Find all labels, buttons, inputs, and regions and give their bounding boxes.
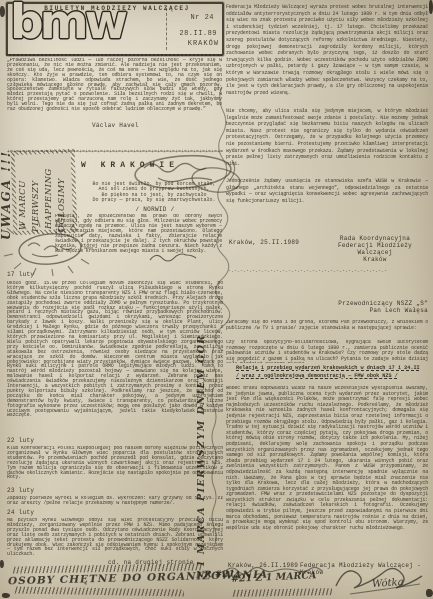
paper-speck: [2, 593, 10, 598]
paper-speck: [0, 6, 5, 17]
issue-number: Nr 24: [190, 14, 214, 22]
poem-line: Do pracy — praca, by się zmartwychwstało…: [86, 198, 222, 203]
margin-scrawl-right-column: [217, 85, 227, 360]
signoff-line: Federacji Młodzieży Walczącej: [322, 242, 428, 256]
hand-hatch-row: [14, 587, 184, 597]
margin-note-1: W MARCU: [18, 154, 28, 230]
date-heading-23: 23 luty: [7, 487, 34, 494]
letter-intro: Zwracamy się do Pana i do grona, któremu…: [226, 320, 428, 338]
paper-speck: [0, 560, 4, 568]
report-22-feb: Klub Konfederacji Polski Niepodległej po…: [7, 446, 223, 481]
margin-note-3: HAPPENING: [44, 153, 54, 229]
report-24-feb: Na płytach Rynku Głównego odbył się wiec…: [7, 518, 223, 560]
date-heading-24: 24 luty: [7, 509, 34, 516]
addressee-name: Pan Lech Wałęsa: [320, 307, 428, 314]
hand-hatch-row: [232, 588, 332, 597]
bmw-logo: bmw: [10, 0, 124, 50]
issue-date: 28.II.89: [179, 30, 217, 38]
poem-author: / NORWID /: [120, 206, 190, 213]
protest-paragraph-3: Jednocześnie żądamy usunięcia ze stanowi…: [226, 178, 428, 223]
letter-subject-line: Relacja i przebieg wydarzeń krakowskich …: [236, 364, 422, 372]
addressee-title: Przewodniczący NSZZ „S”: [320, 300, 428, 307]
bulletin-page: BIULETYN MŁODZIEŻY WALCZĄCEJ bmw Nr 24 2…: [0, 0, 433, 599]
report-23-feb: Zapadły pierwsze wyroki w kolegium ds. w…: [7, 496, 223, 507]
paper-speck: [426, 589, 433, 597]
protest-paragraph-2: Nie chcemy, aby ulica stała się jedynym …: [226, 108, 428, 175]
signature-name: Wótka: [372, 577, 404, 590]
havel-quote: „Prawdziwa bezsilność ludzi — lub raczej…: [7, 58, 222, 121]
gutter-handwritten-note: 1 MARCA PIERWSZYM DNIEM GORĄCEJ: [196, 335, 207, 567]
report-17-feb: Około godz. 15.00 przed Collegium Novum …: [7, 281, 223, 433]
letter-subject-line: / wraz z ogólnokrajową demonstracją — FM…: [236, 372, 422, 380]
letter-question: Czy strona opozycyjno-solidarnościowa, s…: [226, 340, 428, 363]
issue-city: KRAKÓW: [188, 40, 219, 48]
letter-body: Wobec braku odpowiedzi władz na nasze wc…: [226, 386, 428, 558]
paper-speck: [429, 0, 433, 14]
havel-author: Václav Havel: [92, 122, 139, 129]
protest-paragraph-1: Federacja Młodzieży Walczącej wyraża pro…: [226, 4, 428, 105]
statement-date: Kraków, 25.II.1989: [229, 239, 299, 246]
margin-note-2: PIERWSZY: [31, 156, 41, 232]
signoff-line: Rada Koordynacyjna: [322, 235, 428, 242]
bottom-right-note: #21 Z 1 MARCA: [231, 570, 317, 585]
date-heading-17: 17 luty: [7, 271, 34, 278]
date-heading-22: 22 luty: [7, 437, 34, 444]
signature-flourish: [330, 552, 430, 598]
masthead-box: BIULETYN MŁODZIEŻY WALCZĄCEJ bmw Nr 24 2…: [6, 2, 224, 56]
signoff-line: Kraków: [322, 256, 428, 263]
poem-block: Bo nie jest światło, by pod korcem stało…: [86, 182, 222, 203]
letter-divider: -.-.-.-.-.-.-.-.-.-.-.-.-.-.-.-.-.-.-.-.…: [228, 268, 388, 274]
gutter-scrawl: [210, 345, 218, 560]
masthead-divider: [166, 8, 167, 50]
masthead-underline: [6, 54, 222, 56]
small-signature-scribble: [148, 252, 198, 264]
